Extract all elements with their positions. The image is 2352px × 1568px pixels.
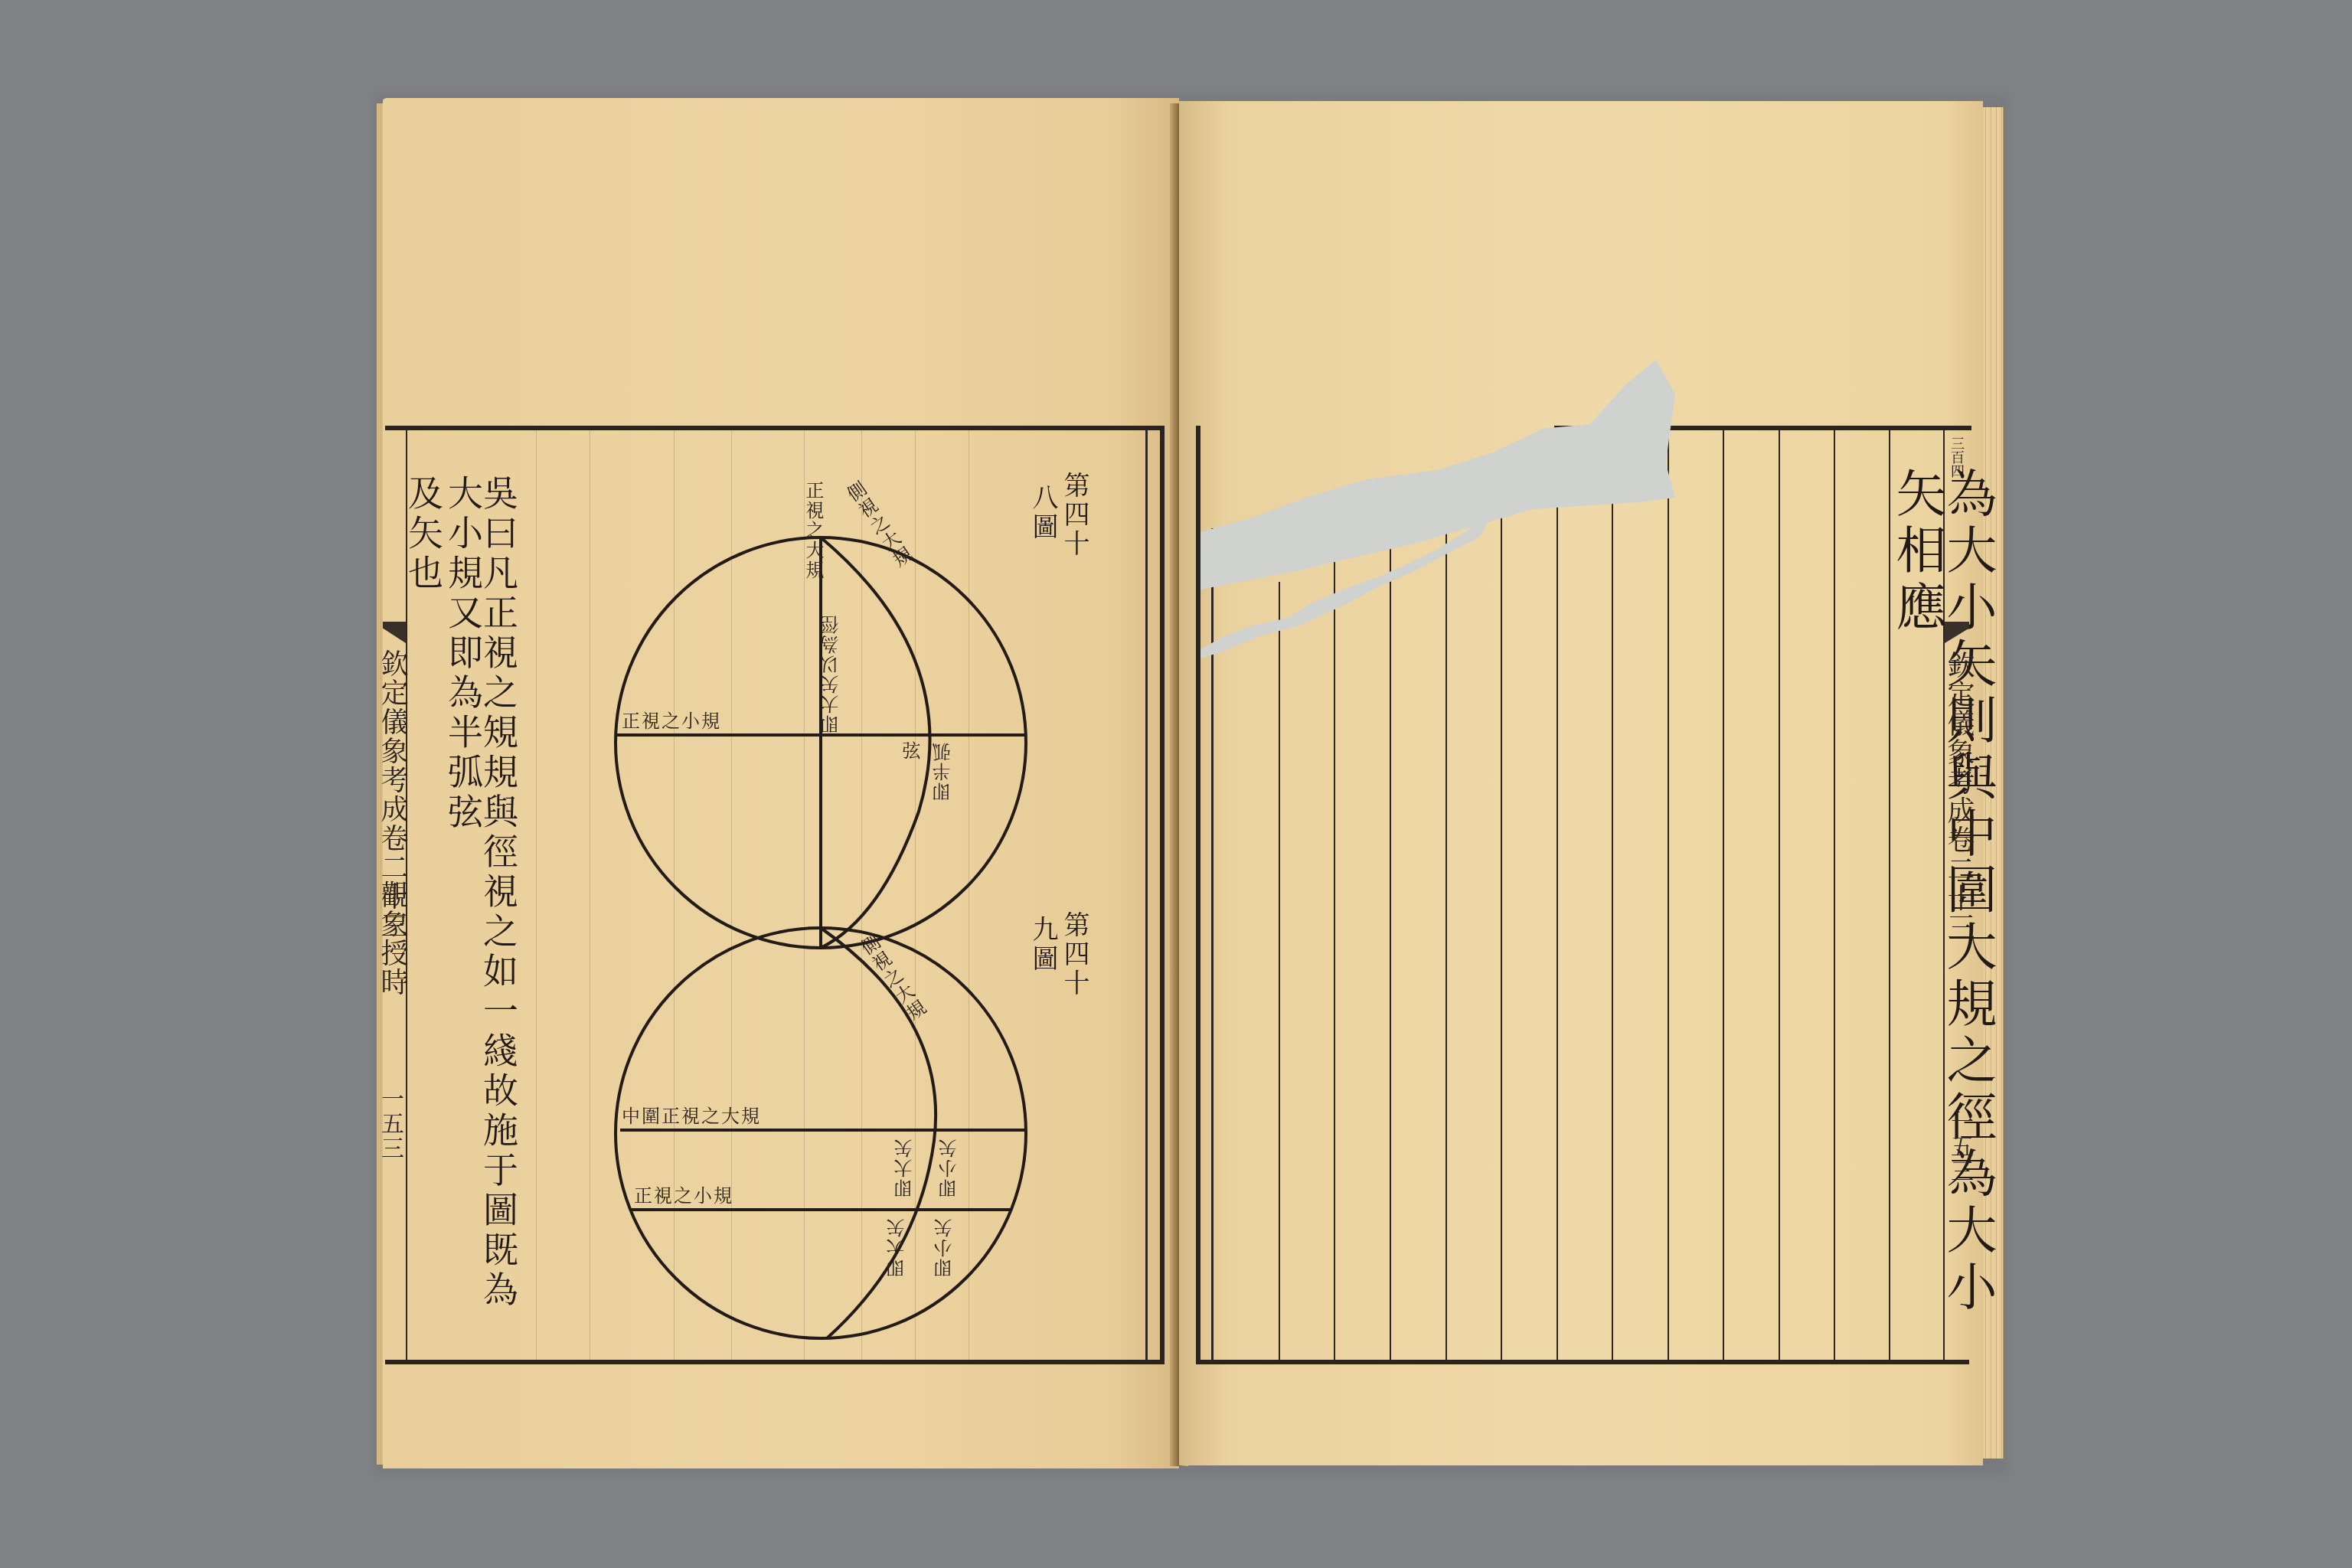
column-rule — [1723, 430, 1724, 1363]
fig48-chord-label: 弦 — [900, 741, 919, 772]
column-rule — [1334, 559, 1335, 1363]
fig49-small-sagitta-1: 即小矢 — [940, 1136, 959, 1197]
column-rule — [1279, 582, 1280, 1363]
fig49-big-sagitta-2: 即大矢 — [888, 1216, 906, 1277]
column-rule — [1501, 475, 1502, 1363]
fig49-big-sagitta-1: 即大矢 — [896, 1136, 914, 1197]
fig49-central-great-circle-label: 中圍正視之大規 — [622, 1107, 761, 1125]
column-rule — [1445, 505, 1447, 1363]
column-rule — [1612, 430, 1613, 1363]
fig49-small-circle-label: 正視之小規 — [634, 1187, 733, 1205]
fig48-vertical-label: 即大矢以為徑 — [822, 603, 841, 733]
right-fold-title: 欽定儀象考成卷二十三 — [1945, 651, 1972, 1003]
column-rule — [1668, 430, 1669, 1363]
fig49-small-sagitta-2: 即小矢 — [936, 1216, 954, 1277]
right-page-mark-top: 三百四 — [1949, 436, 1963, 490]
right-main-text: 為大小矢則與中圍大規之徑為大小矢相應 — [1891, 467, 1992, 1355]
fig48-front-great-circle-label: 正視之大規 — [804, 481, 822, 596]
fig48-small-circle-label: 正視之小規 — [622, 712, 721, 812]
column-rule — [1779, 430, 1780, 1363]
column-rule — [1557, 452, 1558, 1363]
fig49-circle — [616, 928, 1026, 1338]
column-rule — [1390, 536, 1391, 1363]
fig48-half-arc-label: 即半弧 — [934, 740, 952, 801]
column-rule — [1834, 430, 1835, 1363]
right-fold-page-number: 一五三 — [1948, 1110, 1971, 1202]
